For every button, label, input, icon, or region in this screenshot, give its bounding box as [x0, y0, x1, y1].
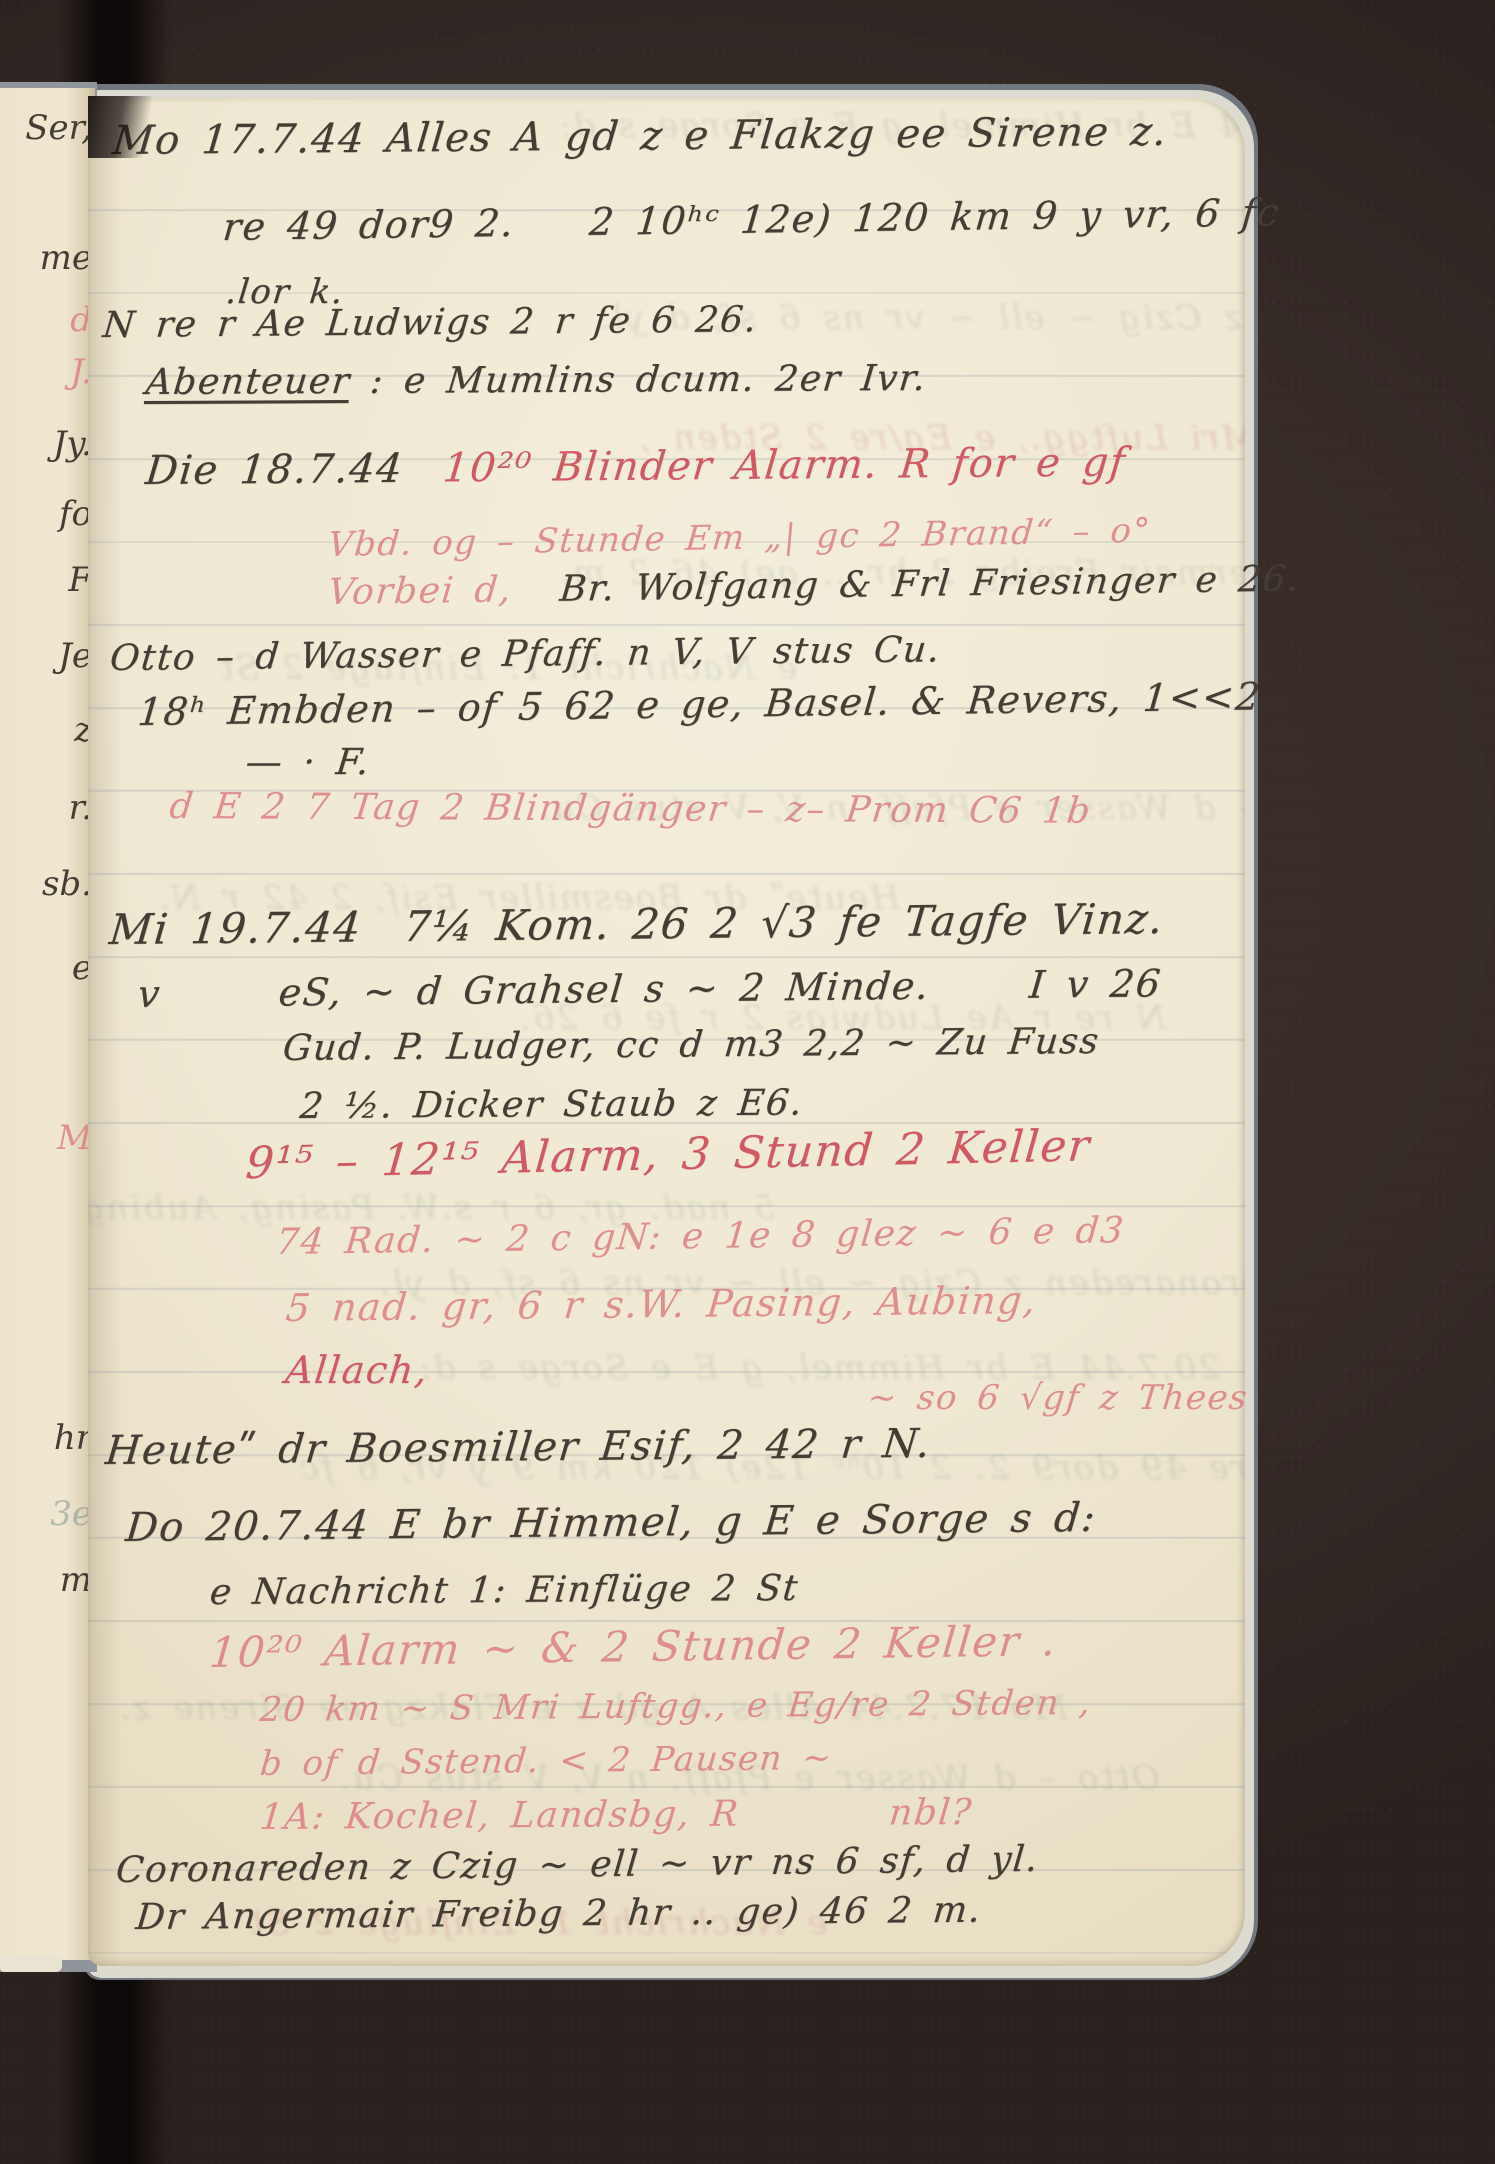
handwriting-segment: I v 26 — [927, 961, 1163, 1007]
handwriting-line: Otto – d Wasser e Pfaff. n V, V stus Cu. — [108, 629, 942, 679]
handwriting-segment: b of d Sstend. < 2 Pausen ~ — [258, 1738, 834, 1784]
margin-fragment: sb. — [42, 864, 92, 904]
handwriting-segment: re 49 dor9 2. — [221, 201, 517, 249]
handwriting-line: d E 2 7 Tag 2 Blindgänger – z– Prom C6 1… — [167, 786, 1093, 832]
handwriting-segment: Dr Angermair Freibg 2 hr .. ge) 46 2 m. — [134, 1890, 984, 1938]
handwriting-line: — · F. — [244, 742, 372, 783]
handwriting-segment: Vorbei d, — [326, 569, 514, 613]
handwriting-line: 2 ½. Dicker Staub z E6. — [298, 1082, 805, 1127]
handwriting-segment: 7¼ Kom. 26 2 √3 fe Tagfe Vinz. — [359, 894, 1166, 951]
handwriting-line: e Nachricht 1: Einflüge 2 St — [208, 1568, 801, 1613]
handwriting-segment: Abenteuer — [144, 361, 353, 403]
handwriting-segment: — · F. — [244, 742, 372, 783]
handwriting-segment: N re r Ae Ludwigs 2 r fe 6 26. — [101, 299, 759, 346]
handwriting-line: ~ so 6 √gf z Thees — [866, 1378, 1250, 1418]
margin-fragment: M — [57, 1118, 92, 1158]
handwriting-segment: eS, ~ d Grahsel s ~ 2 Minde. — [159, 964, 932, 1016]
margin-fragment: 3e — [50, 1494, 92, 1534]
handwriting-segment: e Nachricht 1: Einflüge 2 St — [208, 1568, 801, 1613]
handwriting-line: Gud. P. Ludger, cc d m3 2,2 ~ Zu Fuss — [281, 1021, 1102, 1069]
handwriting-line: Dr Angermair Freibg 2 hr .. ge) 46 2 m. — [134, 1890, 984, 1938]
handwriting-segment: ~ so 6 √gf z Thees — [866, 1378, 1250, 1418]
handwriting-segment: 10²⁰ Blinder Alarm. R for e gf — [401, 439, 1128, 491]
handwriting-line: Allach, — [283, 1348, 430, 1392]
handwriting-line: Mo 17.7.44 Alles A gd z e Flakzg ee Sire… — [111, 109, 1170, 164]
handwriting-segment: Otto – d Wasser e Pfaff. n V, V stus Cu. — [108, 629, 942, 679]
previous-page-edge: Ser,medJ.Jy.foFJezr.sb.eMhr3em — [0, 88, 95, 1960]
margin-fragment: hr — [54, 1418, 92, 1458]
margin-fragment: Ser, — [25, 108, 92, 148]
handwriting-segment: Die 18.7.44 — [144, 446, 406, 494]
handwriting-segment: Gud. P. Ludger, cc d m3 2,2 ~ Zu Fuss — [281, 1021, 1102, 1069]
handwriting-segment: 20 km ~ S Mri Luftgg., e Eg/re 2 Stden , — [258, 1683, 1093, 1730]
margin-fragment: Jy. — [53, 424, 92, 464]
handwriting-line: 1A: Kochel, Landsbg, Rnbl? — [258, 1792, 974, 1838]
margin-fragment: Je — [58, 636, 92, 676]
photo-background: Ser,medJ.Jy.foFJezr.sb.eMhr3em Do 20.7.4… — [0, 0, 1495, 2164]
handwriting-line: 20 km ~ S Mri Luftgg., e Eg/re 2 Stden , — [258, 1683, 1093, 1730]
handwriting-segment: 5 nad. gr, 6 r s.W. Pasing, Aubing, — [284, 1278, 1039, 1330]
handwriting-segment: : e Mumlins dcum. 2er Ivr. — [348, 358, 928, 402]
handwriting-segment: Heuteʺ dr Boesmiller Esif, 2 42 r N. — [104, 1421, 934, 1474]
handwriting-line: Die 18.7.4410²⁰ Blinder Alarm. R for e g… — [144, 439, 1129, 494]
handwriting-line: N re r Ae Ludwigs 2 r fe 6 26. — [101, 299, 759, 346]
handwriting-line: 5 nad. gr, 6 r s.W. Pasing, Aubing, — [284, 1278, 1039, 1330]
handwriting-segment: Mi 19.7.44 — [107, 902, 364, 954]
handwriting-segment: 1A: Kochel, Landsbg, R — [258, 1794, 741, 1838]
handwriting-segment: d E 2 7 Tag 2 Blindgänger – z– Prom C6 1… — [167, 786, 1093, 832]
handwriting-segment: Allach, — [283, 1348, 430, 1392]
previous-page-corner — [0, 1956, 62, 1972]
handwriting-segment: Mo 17.7.44 Alles A gd z e Flakzg ee Sire… — [111, 109, 1170, 164]
handwriting-segment: nbl? — [737, 1792, 974, 1835]
handwriting-line: Heuteʺ dr Boesmiller Esif, 2 42 r N. — [104, 1421, 934, 1474]
handwriting-line: b of d Sstend. < 2 Pausen ~ — [258, 1738, 834, 1784]
handwriting-line: Abenteuer : e Mumlins dcum. 2er Ivr. — [144, 358, 929, 403]
margin-fragment: me — [40, 238, 92, 278]
spine-shadow-top — [88, 96, 174, 158]
handwriting-segment: 2 ½. Dicker Staub z E6. — [298, 1082, 805, 1127]
